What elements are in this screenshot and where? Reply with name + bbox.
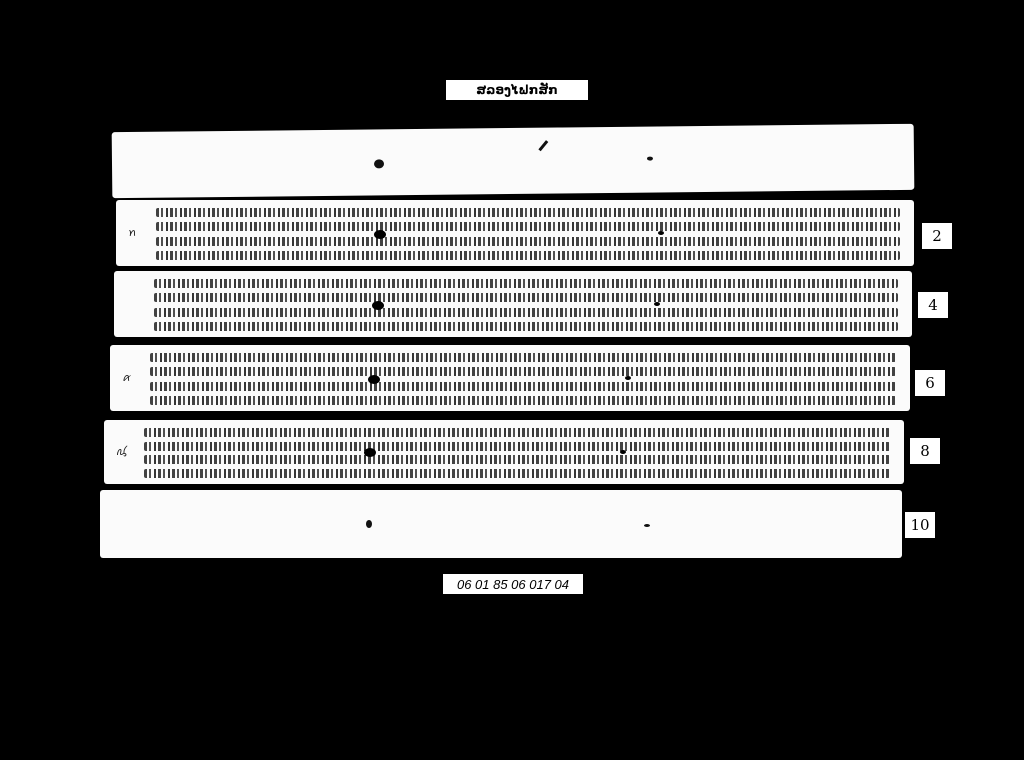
- string-hole: [364, 448, 376, 457]
- page-number-8: 8: [910, 438, 940, 464]
- palm-leaf-3: [114, 271, 912, 337]
- margin-mark: ꪁ: [122, 366, 131, 390]
- margin-mark: ꪂ: [116, 440, 127, 464]
- string-hole: [625, 376, 631, 380]
- string-hole: [374, 230, 386, 239]
- ink-spot: [366, 520, 372, 528]
- ink-spot: [647, 157, 653, 161]
- palm-leaf-2: ꪀ: [116, 200, 914, 266]
- ink-spot: [374, 159, 384, 168]
- string-hole: [658, 231, 664, 235]
- margin-mark: ꪀ: [128, 221, 136, 245]
- palm-leaf-4: ꪁ: [110, 345, 910, 411]
- palm-leaf-6: [100, 490, 902, 558]
- page-number-4: 4: [918, 292, 948, 318]
- leaf-text-block: [154, 279, 898, 331]
- leaf-text-block: [144, 428, 890, 478]
- page-number-6: 6: [915, 370, 945, 396]
- string-hole: [368, 375, 380, 384]
- page-number-2: 2: [922, 223, 952, 249]
- page-number-10: 10: [905, 512, 935, 538]
- palm-leaf-5: ꪂ: [104, 420, 904, 484]
- palm-leaf-1: [112, 124, 915, 198]
- catalog-id-label: 06 01 85 06 017 04: [443, 574, 583, 594]
- string-hole: [372, 301, 384, 310]
- string-hole: [620, 450, 626, 454]
- manuscript-title-label: ສລອງໄຟກສັກ: [446, 80, 588, 100]
- ink-spot: [644, 524, 650, 527]
- string-hole: [654, 302, 660, 306]
- leaf-text-block: [156, 208, 900, 260]
- leaf-text-block: [150, 353, 896, 405]
- ink-spot: [538, 140, 548, 151]
